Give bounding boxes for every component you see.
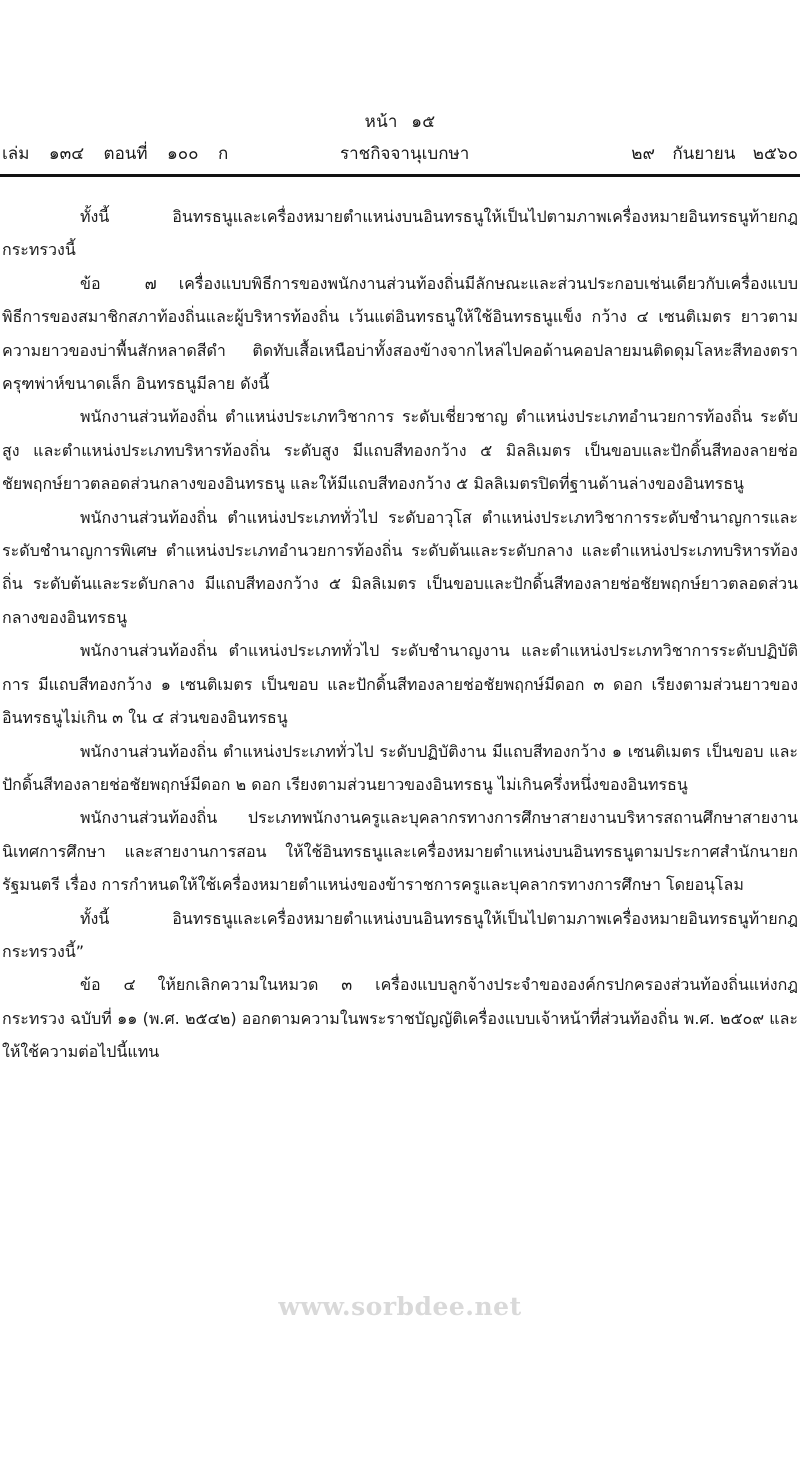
date-year: ๒๕๖๐: [753, 144, 798, 164]
publication-date: ๒๙ กันยายน ๒๕๖๐: [619, 142, 798, 166]
paragraph-text: พนักงานส่วนท้องถิ่น ตำแหน่งประเภททั่วไป …: [2, 742, 798, 794]
volume-label: เล่ม: [2, 144, 29, 164]
paragraph-senior-level: พนักงานส่วนท้องถิ่น ตำแหน่งประเภทวิชาการ…: [2, 400, 798, 500]
volume-issue-info: เล่ม ๑๓๔ ตอนที่ ๑๐๐ ก: [2, 142, 242, 166]
paragraph-text: พนักงานส่วนท้องถิ่น ตำแหน่งประเภททั่วไป …: [2, 508, 798, 627]
header-divider: [0, 174, 800, 177]
issue-label: ตอนที่: [104, 144, 148, 164]
date-month: กันยายน: [672, 144, 735, 164]
clause-label: ข้อ ๔: [80, 975, 136, 994]
date-day: ๒๙: [631, 144, 655, 164]
page-header: หน้า ๑๕ เล่ม ๑๓๔ ตอนที่ ๑๐๐ ก ราชกิจจานุ…: [0, 0, 800, 170]
paragraph-insignia-note: ทั้งนี้ อินทรธนูและเครื่องหมายตำแหน่งบนอ…: [2, 200, 798, 267]
paragraph-teachers: พนักงานส่วนท้องถิ่น ประเภทพนักงานครูและบ…: [2, 801, 798, 901]
watermark: www.sorbdee.net: [0, 1292, 800, 1321]
paragraph-text: พนักงานส่วนท้องถิ่น ประเภทพนักงานครูและบ…: [2, 808, 798, 894]
paragraph-text: ทั้งนี้ อินทรธนูและเครื่องหมายตำแหน่งบนอ…: [2, 207, 798, 259]
issue-section: ก: [218, 144, 228, 164]
publication-name: ราชกิจจานุเบกษา: [340, 142, 469, 166]
clause-label: ข้อ ๗: [80, 274, 157, 293]
gazette-header-row: เล่ม ๑๓๔ ตอนที่ ๑๐๐ ก ราชกิจจานุเบกษา ๒๙…: [0, 142, 800, 168]
paragraph-insignia-note-closing: ทั้งนี้ อินทรธนูและเครื่องหมายตำแหน่งบนอ…: [2, 902, 798, 969]
paragraph-text: พนักงานส่วนท้องถิ่น ตำแหน่งประเภททั่วไป …: [2, 641, 798, 727]
issue-number: ๑๐๐: [167, 144, 199, 164]
page-number: หน้า ๑๕: [0, 110, 800, 134]
paragraph-text: ทั้งนี้ อินทรธนูและเครื่องหมายตำแหน่งบนอ…: [2, 909, 798, 961]
page-label: หน้า: [365, 112, 398, 132]
volume-number: ๑๓๔: [49, 144, 84, 164]
page-number-value: ๑๕: [411, 112, 435, 132]
paragraph-skilled-level: พนักงานส่วนท้องถิ่น ตำแหน่งประเภททั่วไป …: [2, 634, 798, 734]
paragraph-mid-level: พนักงานส่วนท้องถิ่น ตำแหน่งประเภททั่วไป …: [2, 501, 798, 635]
paragraph-operational-level: พนักงานส่วนท้องถิ่น ตำแหน่งประเภททั่วไป …: [2, 735, 798, 802]
paragraph-text: พนักงานส่วนท้องถิ่น ตำแหน่งประเภทวิชาการ…: [2, 407, 798, 493]
document-body: ทั้งนี้ อินทรธนูและเครื่องหมายตำแหน่งบนอ…: [2, 200, 798, 1069]
paragraph-clause-4: ข้อ ๔ให้ยกเลิกความในหมวด ๓ เครื่องแบบลูก…: [2, 968, 798, 1068]
paragraph-clause-7: ข้อ ๗เครื่องแบบพิธีการของพนักงานส่วนท้อง…: [2, 267, 798, 401]
